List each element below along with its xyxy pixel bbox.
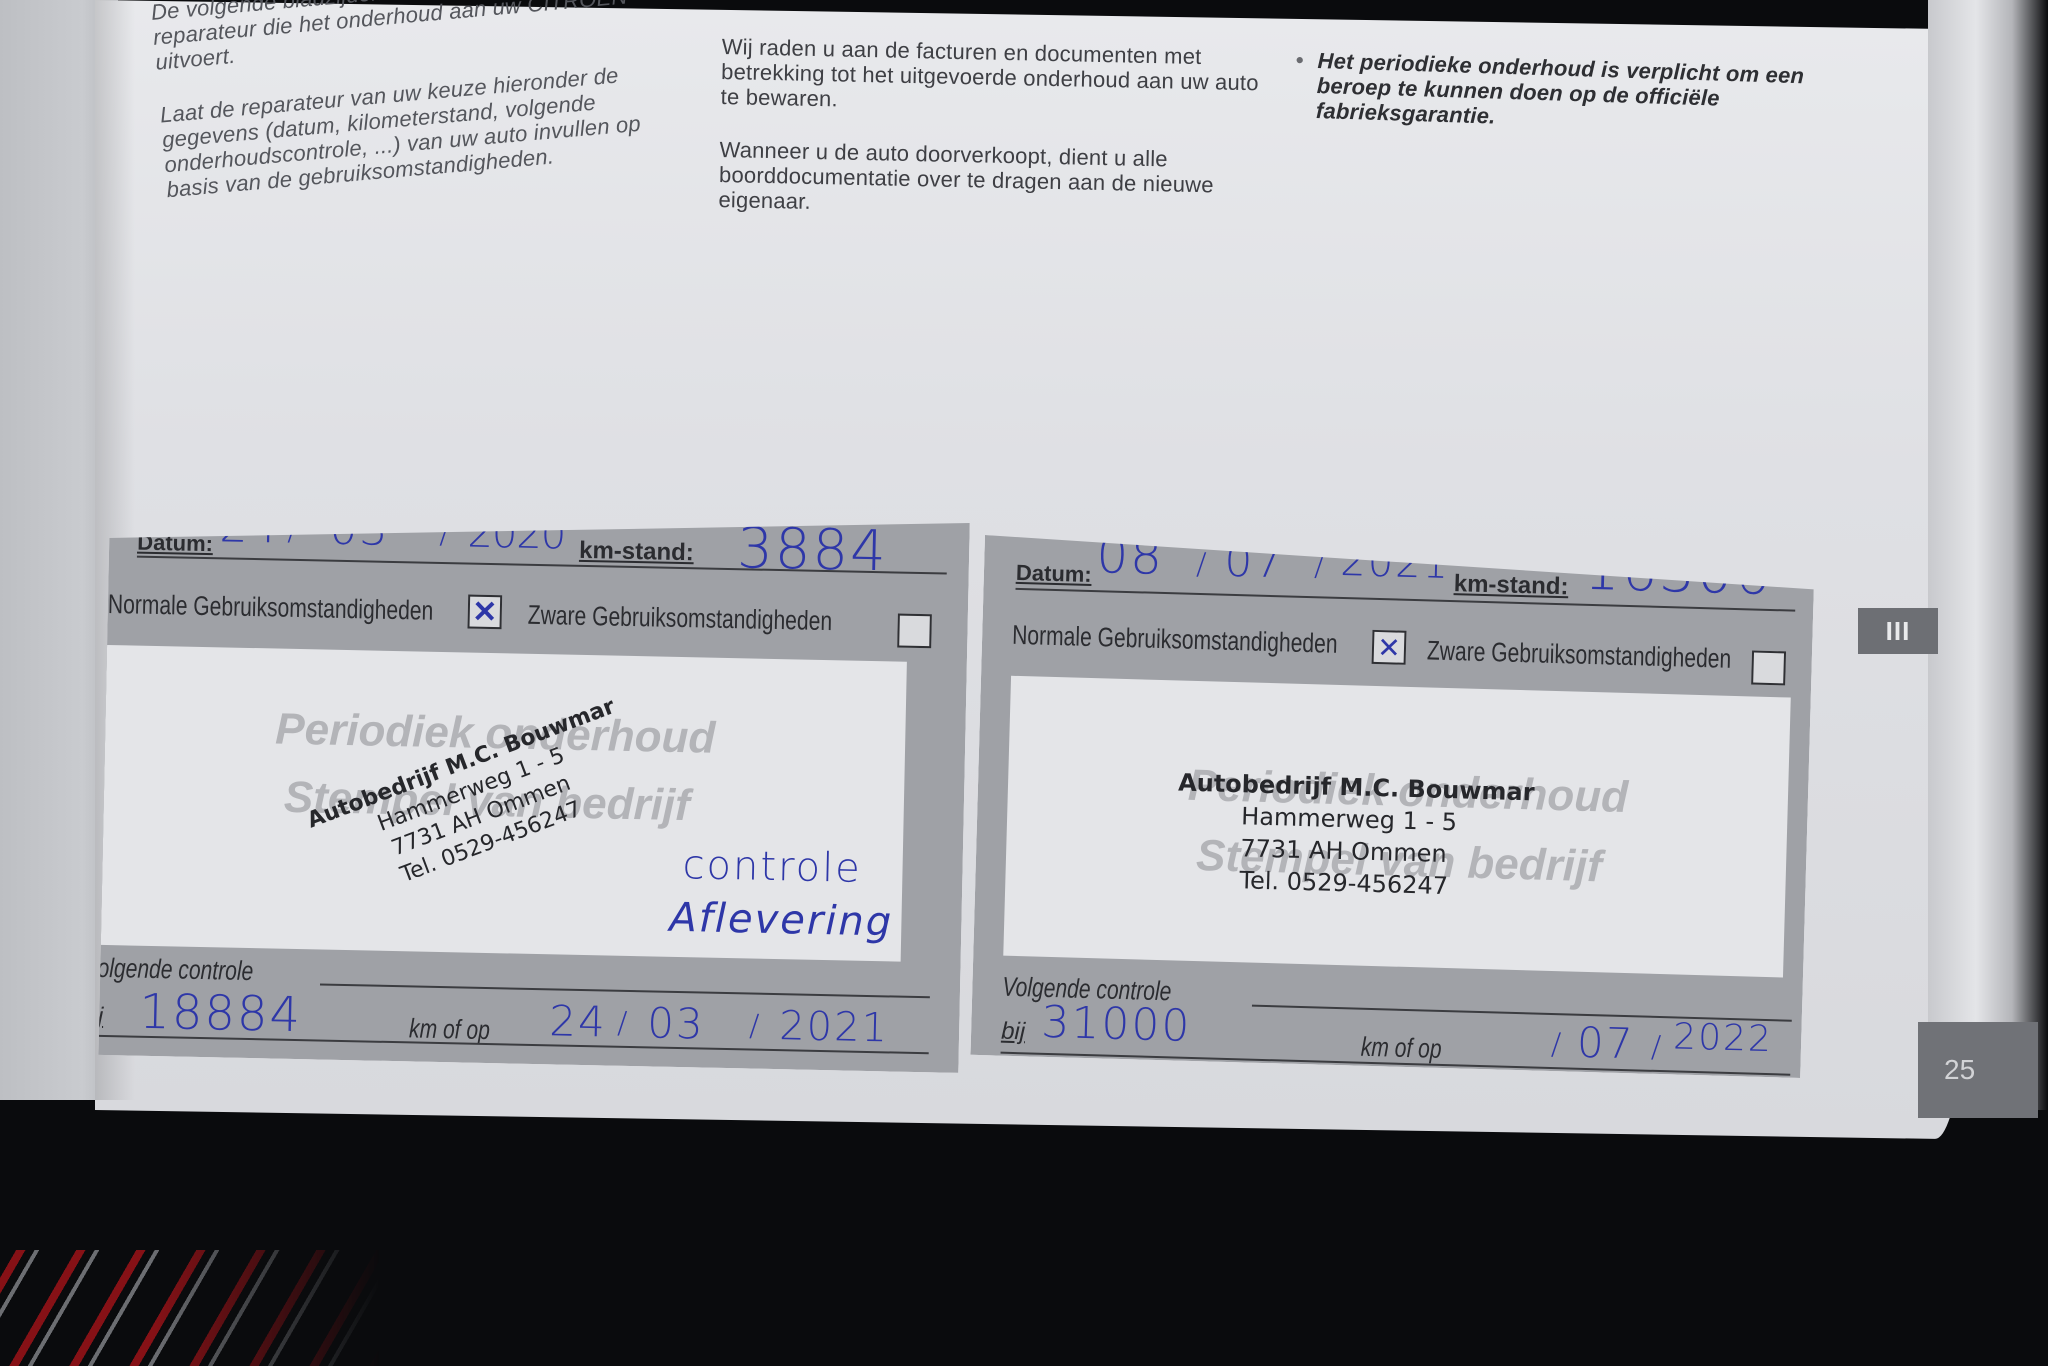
- next-check-underline: [320, 984, 930, 999]
- note-controle: controle: [682, 842, 862, 892]
- next-check-label: Volgende controle: [84, 953, 254, 988]
- date-label: Datum:: [1016, 560, 1092, 588]
- next-date-year: 2021: [779, 1003, 890, 1051]
- date-sep-1: /: [1196, 547, 1209, 582]
- section-tab[interactable]: III: [1858, 608, 1938, 654]
- next-date-day: 24: [549, 996, 607, 1046]
- km-stand-label: km-stand:: [579, 537, 694, 567]
- normal-conditions-checkbox[interactable]: ✕: [1372, 630, 1407, 665]
- next-date-sep-1: /: [617, 1006, 630, 1041]
- intro-middle-paragraph-2: Wanneer u de auto doorverkoopt, dient u …: [718, 137, 1264, 223]
- next-km-value: 31000: [1041, 997, 1192, 1052]
- intro-right-column: • Het periodieke onderhoud is verplicht …: [1315, 48, 1838, 167]
- next-date-year: 2022: [1673, 1016, 1774, 1060]
- bullet-icon: •: [1295, 47, 1304, 72]
- next-date-sep-2: /: [1650, 1030, 1663, 1065]
- stamp-area: Periodiek onderhoud Stempel van bedrijf …: [1003, 676, 1791, 978]
- next-date-month: 07: [1576, 1018, 1635, 1069]
- heavy-conditions-checkbox[interactable]: [1751, 650, 1786, 685]
- km-stand-label: km-stand:: [1453, 570, 1568, 601]
- next-date-sep-1: /: [1551, 1027, 1564, 1062]
- normal-conditions-label: Normale Gebruiksomstandigheden: [108, 589, 434, 627]
- km-or-on-label: km of op: [1360, 1032, 1442, 1065]
- normal-conditions-label: Normale Gebruiksomstandigheden: [1012, 620, 1338, 660]
- warranty-notice: Het periodieke onderhoud is verplicht om…: [1316, 48, 1838, 139]
- heavy-conditions-label: Zware Gebruiksomstandigheden: [527, 600, 832, 637]
- at-label: bij: [1001, 1018, 1026, 1047]
- next-date-sep-2: /: [749, 1009, 762, 1044]
- note-aflevering: Aflevering: [669, 895, 894, 946]
- service-entry-2: Datum: 08 / 07 / 2021 km-stand: 16306 No…: [970, 535, 1814, 1078]
- intro-left-paragraph-2: Laat de reparateur van uw keuze hieronde…: [159, 56, 696, 202]
- heavy-conditions-label: Zware Gebruiksomstandigheden: [1427, 635, 1732, 674]
- next-km-value: 18884: [139, 984, 303, 1043]
- intro-middle-paragraph-1: Wij raden u aan de facturen en documente…: [720, 34, 1266, 120]
- next-date-month: 03: [647, 998, 705, 1048]
- service-entry-1: Datum: 24 / 03 / 2020 km-stand: 3884 Nor…: [98, 505, 969, 1073]
- intro-middle-column: Wij raden u aan de facturen en documente…: [718, 34, 1267, 251]
- page-number: 25: [1918, 1022, 2038, 1118]
- dealer-stamp: Autobedrijf M.C. Bouwmar Hammerweg 1 - 5…: [1175, 766, 1535, 904]
- page-edges: [1928, 0, 2048, 1110]
- stamp-area: Periodiek onderhoud Stempel van bedrijf …: [101, 645, 907, 962]
- normal-conditions-checkbox[interactable]: ✕: [467, 595, 502, 630]
- fabric-background: [0, 1250, 380, 1366]
- heavy-conditions-checkbox[interactable]: [897, 614, 932, 649]
